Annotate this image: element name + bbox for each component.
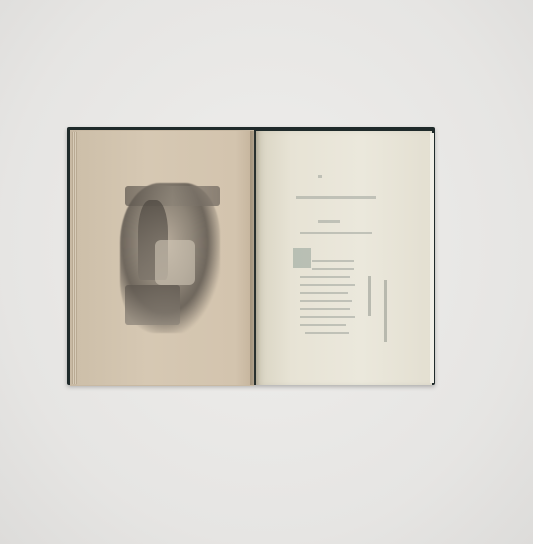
bleed-through-text [305,332,349,334]
bleed-through-text [300,232,372,234]
bleed-through-text [312,268,354,270]
engraving-canopy [125,186,220,206]
bleed-through-text [368,276,371,316]
bleed-through-text [312,260,354,262]
gutter-shadow [250,131,260,385]
engraving-bed [155,240,195,285]
bleed-through-text [296,196,376,199]
bleed-through-text [300,276,350,278]
bleed-through-initial [293,248,311,268]
bleed-through-text [318,175,322,178]
bleed-through-text [300,292,348,294]
bleed-through-text [300,324,346,326]
right-page-edge [430,133,434,383]
engraving-furniture [125,285,180,325]
bleed-through-text [384,280,387,342]
bleed-through-text [318,220,340,223]
bleed-through-text [300,284,355,286]
bleed-through-text [300,300,352,302]
title-page [256,131,432,385]
bleed-through-text [300,316,355,318]
bleed-through-text [300,308,350,310]
